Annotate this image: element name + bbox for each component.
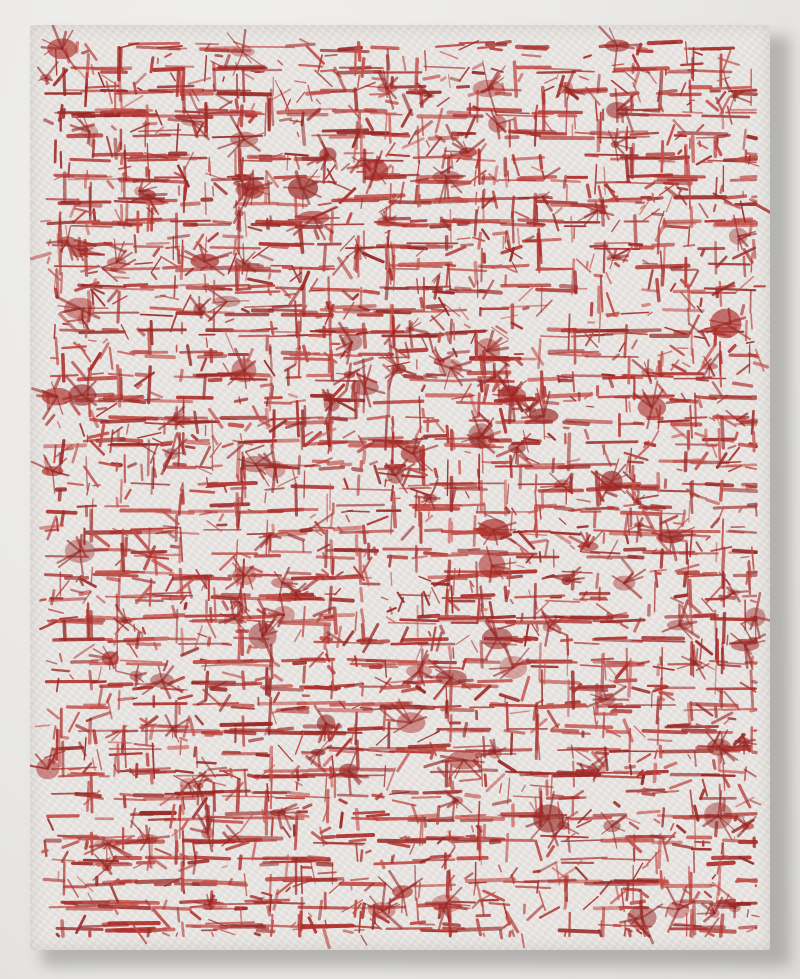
red-marks-layer: [30, 25, 770, 950]
artwork-paper: [30, 25, 770, 950]
